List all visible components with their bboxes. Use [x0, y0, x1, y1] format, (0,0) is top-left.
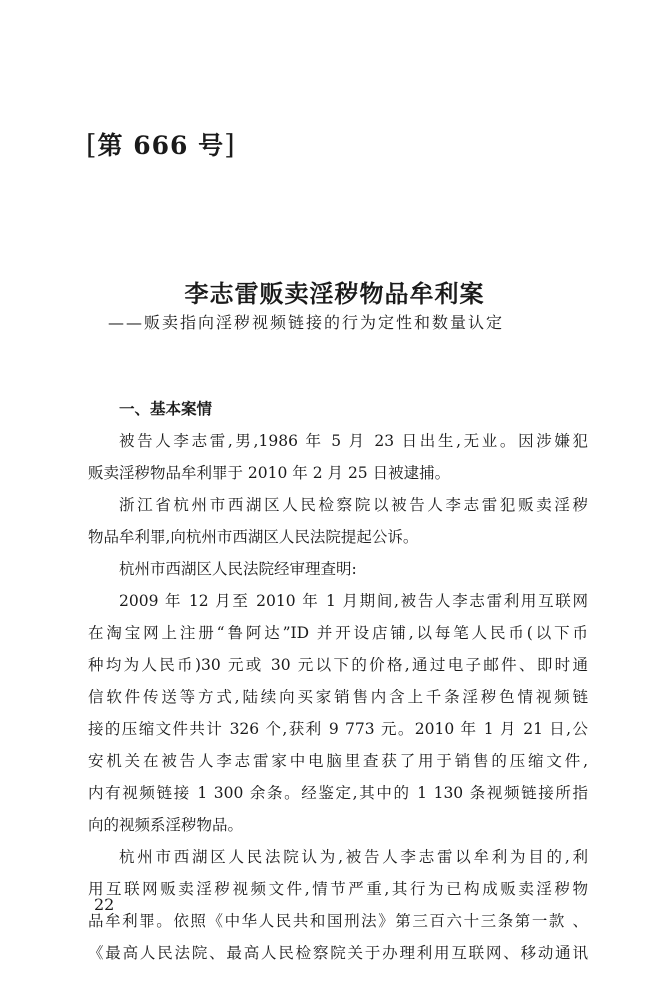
section-heading: 一、基本案情 [88, 393, 588, 425]
paragraph-line: 用互联网贩卖淫秽视频文件,情节严重,其行为已构成贩卖淫秽物 [88, 873, 588, 905]
paragraph-line: 信软件传送等方式,陆续向买家销售内含上千条淫秽色情视频链 [88, 681, 588, 713]
paragraph-line: 在淘宝网上注册“鲁阿达”ID 并开设店铺,以每笔人民币(以下币 [88, 617, 588, 649]
case-number: [第 666 号] [86, 126, 236, 162]
paragraph-line: 贩卖淫秽物品牟利罪于 2010 年 2 月 25 日被逮捕。 [88, 457, 588, 489]
paragraph-line: 《最高人民法院、最高人民检察院关于办理利用互联网、移动通讯 [88, 937, 588, 969]
paragraph-line: 接的压缩文件共计 326 个,获利 9 773 元。2010 年 1 月 21 … [88, 713, 588, 745]
paragraph-line: 物品牟利罪,向杭州市西湖区人民法院提起公诉。 [88, 521, 588, 553]
paragraph-line: 被告人李志雷,男,1986 年 5 月 23 日出生,无业。因涉嫌犯 [88, 425, 588, 457]
paragraph-line: 杭州市西湖区人民法院认为,被告人李志雷以牟利为目的,利 [88, 841, 588, 873]
case-number-label: 第 666 号 [98, 131, 225, 160]
paragraph-line: 杭州市西湖区人民法院经审理查明: [88, 553, 588, 585]
case-subtitle: ——贩卖指向淫秽视频链接的行为定性和数量认定 [108, 310, 504, 333]
paragraph-line: 种均为人民币)30 元或 30 元以下的价格,通过电子邮件、即时通 [88, 649, 588, 681]
paragraph-line: 内有视频链接 1 300 余条。经鉴定,其中的 1 130 条视频链接所指 [88, 777, 588, 809]
paragraph-line: 安机关在被告人李志雷家中电脑里查获了用于销售的压缩文件, [88, 745, 588, 777]
open-bracket: [ [86, 130, 98, 161]
paragraph-line: 品牟利罪。依照《中华人民共和国刑法》第三百六十三条第一款 、 [88, 905, 588, 937]
paragraph-line: 浙江省杭州市西湖区人民检察院以被告人李志雷犯贩卖淫秽 [88, 489, 588, 521]
case-title: 李志雷贩卖淫秽物品牟利案 [0, 274, 669, 309]
close-bracket: ] [224, 130, 236, 161]
page-number: 22 [94, 895, 114, 914]
paragraph-line: 2009 年 12 月至 2010 年 1 月期间,被告人李志雷利用互联网 [88, 585, 588, 617]
case-body: 一、基本案情 被告人李志雷,男,1986 年 5 月 23 日出生,无业。因涉嫌… [88, 393, 588, 969]
paragraph-line: 向的视频系淫秽物品。 [88, 809, 588, 841]
